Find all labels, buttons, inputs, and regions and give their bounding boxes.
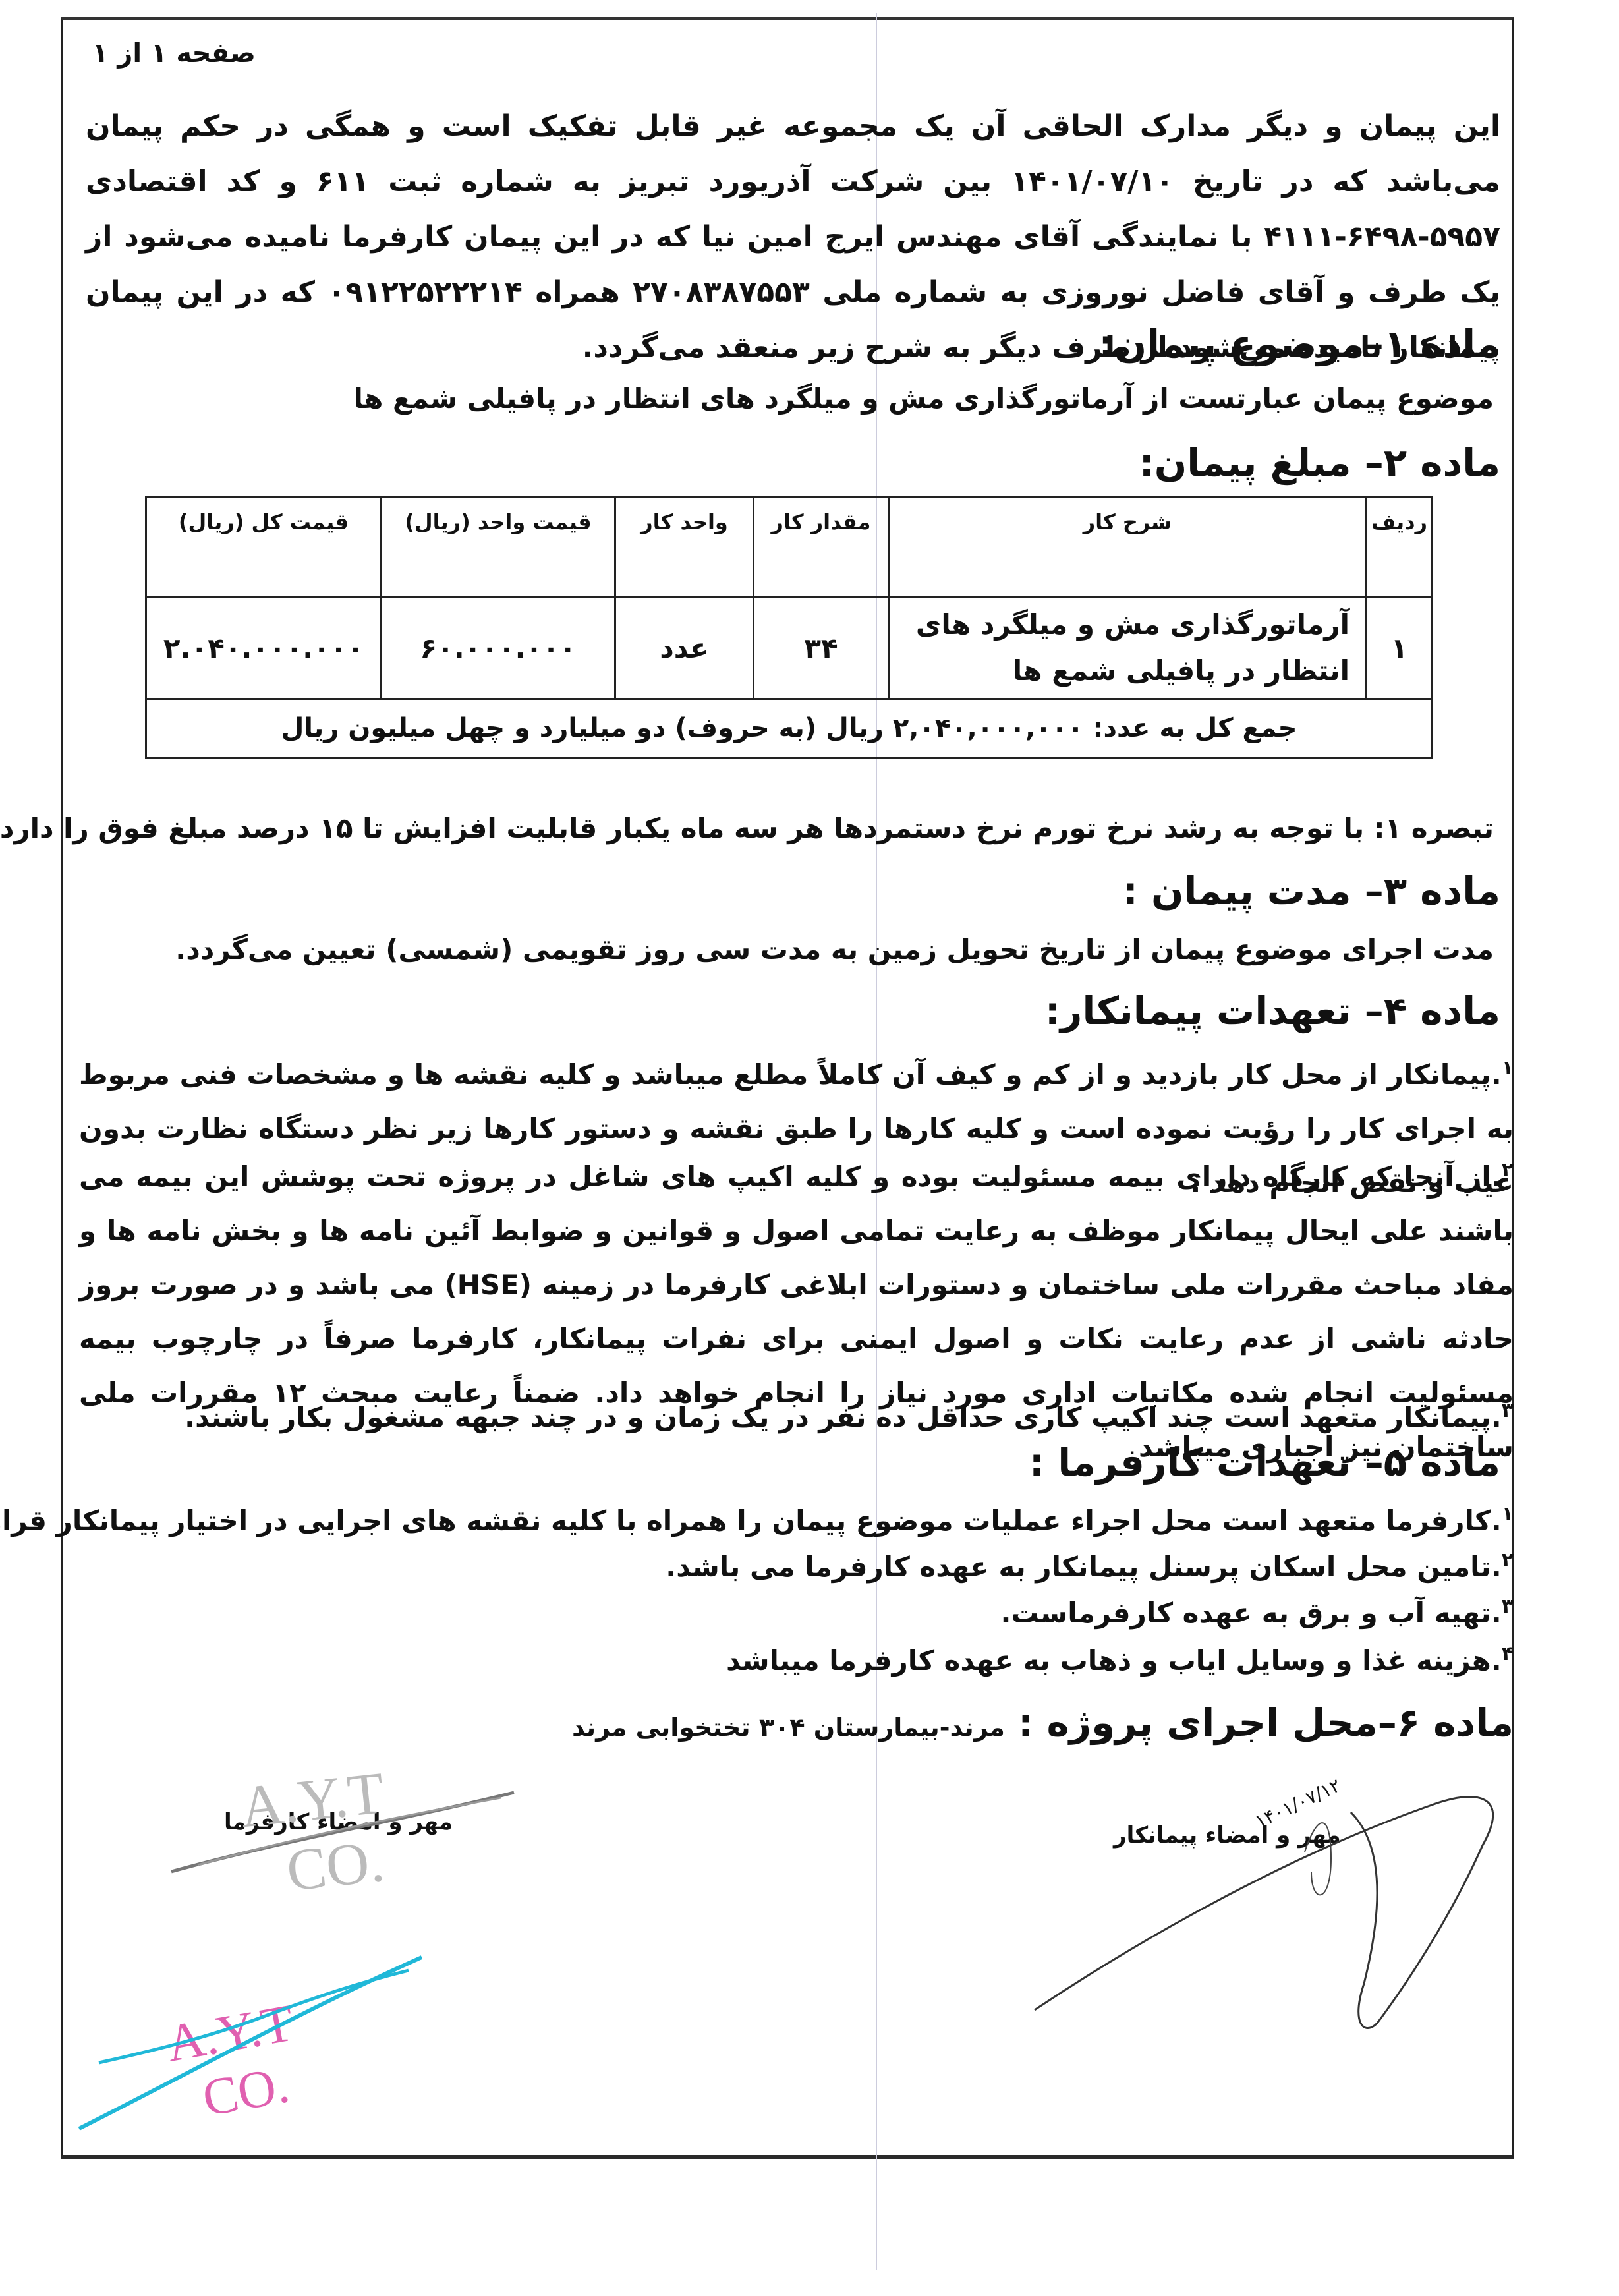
col-header-unit: واحد کار bbox=[615, 497, 754, 597]
cell-row-number: ۱ bbox=[1367, 597, 1433, 699]
mobile-number: همراه ۰۹۱۲۲۵۲۲۲۱۴ bbox=[327, 275, 619, 309]
article-1-heading: ماده ۱–موضوع پیمان: bbox=[1098, 322, 1500, 366]
employer-obligation-1: ۱.کارفرما متعهد است محل اجراء عملیات موض… bbox=[0, 1503, 1514, 1537]
cell-description: آرماتورگذاری مش و میلگرد های انتظار در پ… bbox=[889, 597, 1367, 699]
table-header-row: ردیف شرح کار مقدار کار واحد کار قیمت واح… bbox=[146, 497, 1433, 597]
table-total-row: جمع کل به عدد: ۲,۰۴۰,۰۰۰,۰۰۰ ریال (به حر… bbox=[146, 699, 1433, 758]
employer-company: شرکت آذریورد تبریز bbox=[620, 165, 924, 198]
contract-price-table: ردیف شرح کار مقدار کار واحد کار قیمت واح… bbox=[145, 496, 1433, 759]
employer-obligation-4: ۴.هزینه غذا و وسایل اياب و ذهاب به عهده … bbox=[726, 1642, 1514, 1677]
cell-total-price: ۲.۰۴۰.۰۰۰.۰۰۰ bbox=[146, 597, 382, 699]
article-5-heading: ماده ۵– تعهدات کارفرما : bbox=[1029, 1440, 1500, 1485]
employer-obligation-3: ۳.تهیه آب و برق به عهده کارفرماست. bbox=[1001, 1595, 1514, 1629]
cell-quantity: ۳۴ bbox=[754, 597, 889, 699]
cyan-pen-signature bbox=[66, 1931, 435, 2142]
cell-unit: عدد bbox=[615, 597, 754, 699]
col-header-total-price: قیمت کل (ریال) bbox=[146, 497, 382, 597]
article-3-text: مدت اجرای موضوع پیمان از تاریخ تحویل زمی… bbox=[175, 933, 1494, 965]
note-1: تبصره ۱: با توجه به رشد نرخ تورم نرخ دست… bbox=[0, 812, 1494, 844]
project-location: مرند-بیمارستان ۳۰۴ تختخوابی مرند bbox=[572, 1713, 1005, 1742]
employer-representative: آقای مهندس ایرج امین نیا bbox=[702, 220, 1080, 254]
article-4-heading: ماده ۴– تعهدات پیمانکار: bbox=[1045, 989, 1500, 1033]
national-id: شماره ملی ۲۷۰۸۳۸۷۵۵۳ bbox=[633, 275, 987, 309]
contractor-obligation-3: ۳.پیمانکار متعهد است چند اکیپ کاری حداقل… bbox=[79, 1384, 1514, 1445]
contract-date: ۱۴۰۱/۰۷/۱۰ bbox=[1011, 165, 1174, 198]
page-number: صفحه ۱ از ۱ bbox=[92, 38, 256, 69]
cell-unit-price: ۶۰.۰۰۰.۰۰۰ bbox=[382, 597, 615, 699]
col-header-unit-price: قیمت واحد (ریال) bbox=[382, 497, 615, 597]
article-6-heading: ماده ۶–محل اجرای پروژه : مرند-بیمارستان … bbox=[572, 1700, 1514, 1745]
col-header-row-number: ردیف bbox=[1367, 497, 1433, 597]
employer-obligation-2: ۲.تامین محل اسکان پرسنل پیمانکار به عهده… bbox=[666, 1549, 1514, 1583]
col-header-description: شرح کار bbox=[889, 497, 1367, 597]
scan-edge-line bbox=[1562, 13, 1562, 2270]
table-row: ۱ آرماتورگذاری مش و میلگرد های انتظار در… bbox=[146, 597, 1433, 699]
contractor-signature bbox=[1021, 1773, 1535, 2036]
article-3-heading: ماده ۳– مدت پیمان : bbox=[1123, 869, 1500, 913]
employer-signature-stroke bbox=[158, 1779, 527, 1885]
col-header-quantity: مقدار کار bbox=[754, 497, 889, 597]
employer-term: کارفرما bbox=[342, 220, 452, 254]
registration-number: شماره ثبت ۶۱۱ bbox=[316, 165, 554, 198]
article-2-heading: ماده ۲– مبلغ پیمان: bbox=[1139, 440, 1500, 485]
article-1-text: موضوع پیمان عبارتست از آرماتورگذاری مش و… bbox=[354, 382, 1494, 415]
grand-total: جمع کل به عدد: ۲,۰۴۰,۰۰۰,۰۰۰ ریال (به حر… bbox=[146, 699, 1433, 758]
